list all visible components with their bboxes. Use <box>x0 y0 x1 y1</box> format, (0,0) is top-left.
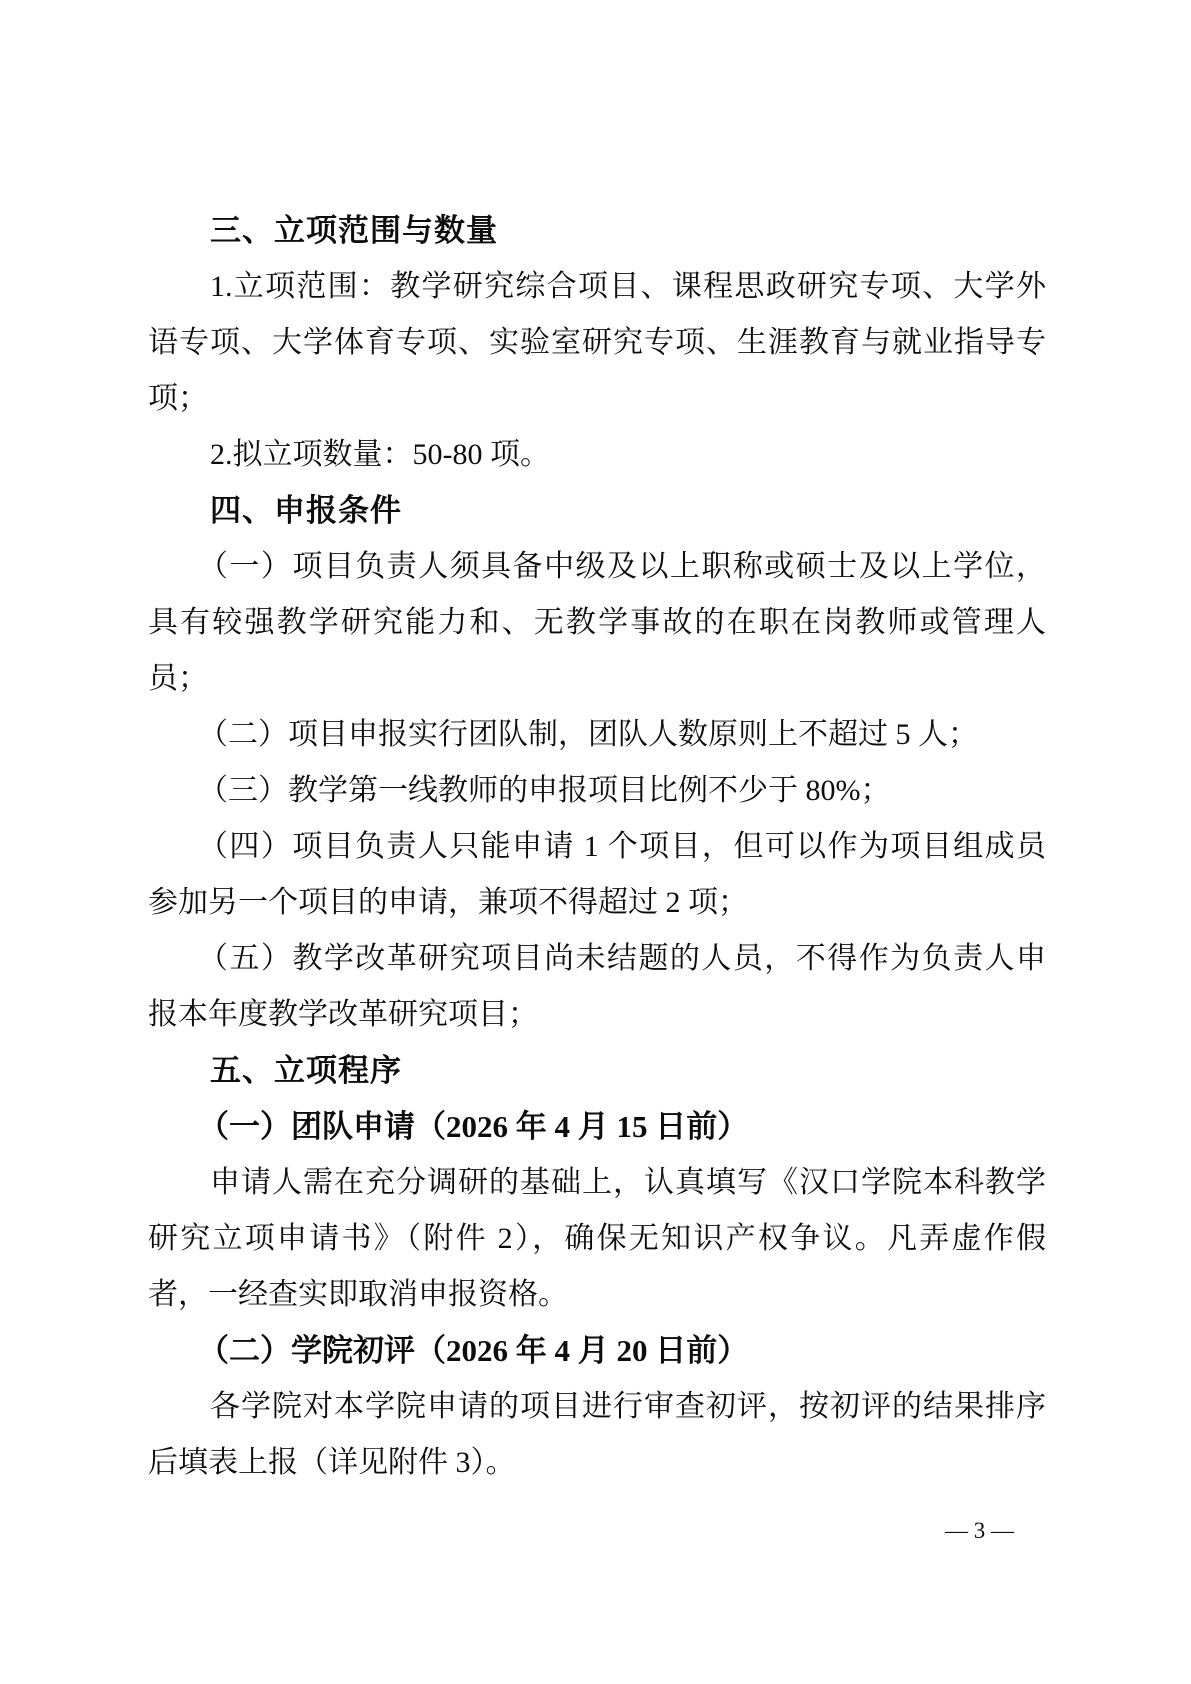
paragraph-condition-5-line: 报本年度教学改革研究项目； <box>148 987 1046 1043</box>
subheading-team-application: （一）团队申请（2026 年 4 月 15 日前） <box>148 1099 1046 1155</box>
document-body: 三、立项范围与数量 1.立项范围：教学研究综合项目、课程思政研究专项、大学外 语… <box>148 203 1046 1491</box>
paragraph-condition-1-line: 具有较强教学研究能力和、无教学事故的在职在岗教师或管理人 <box>148 595 1046 651</box>
section-heading-application-conditions: 四、申报条件 <box>148 483 1046 539</box>
paragraph-college-review-line: 各学院对本学院申请的项目进行审查初评，按初评的结果排序 <box>148 1379 1046 1435</box>
paragraph-team-application-line: 申请人需在充分调研的基础上，认真填写《汉口学院本科教学 <box>148 1155 1046 1211</box>
paragraph-condition-3-line: （三）教学第一线教师的申报项目比例不少于 80%； <box>148 763 1046 819</box>
section-heading-procedure: 五、立项程序 <box>148 1043 1046 1099</box>
paragraph-team-application-line: 者，一经查实即取消申报资格。 <box>148 1267 1046 1323</box>
page-number: — 3 — <box>148 1514 1014 1548</box>
paragraph-college-review-line: 后填表上报（详见附件 3）。 <box>148 1435 1046 1491</box>
paragraph-condition-4-line: 参加另一个项目的申请，兼项不得超过 2 项； <box>148 875 1046 931</box>
paragraph-condition-1-line: （一）项目负责人须具备中级及以上职称或硕士及以上学位， <box>148 539 1046 595</box>
section-heading-scope-quantity: 三、立项范围与数量 <box>148 203 1046 259</box>
document-page: 三、立项范围与数量 1.立项范围：教学研究综合项目、课程思政研究专项、大学外 语… <box>0 0 1191 1684</box>
paragraph-condition-4-line: （四）项目负责人只能申请 1 个项目，但可以作为项目组成员 <box>148 819 1046 875</box>
paragraph-scope-line: 语专项、大学体育专项、实验室研究专项、生涯教育与就业指导专 <box>148 315 1046 371</box>
paragraph-team-application-line: 研究立项申请书》（附件 2），确保无知识产权争议。凡弄虚作假 <box>148 1211 1046 1267</box>
paragraph-condition-5-line: （五）教学改革研究项目尚未结题的人员，不得作为负责人申 <box>148 931 1046 987</box>
paragraph-condition-2-line: （二）项目申报实行团队制，团队人数原则上不超过 5 人； <box>148 707 1046 763</box>
paragraph-scope-line: 项； <box>148 371 1046 427</box>
subheading-college-preliminary-review: （二）学院初评（2026 年 4 月 20 日前） <box>148 1323 1046 1379</box>
paragraph-scope-line: 1.立项范围：教学研究综合项目、课程思政研究专项、大学外 <box>148 259 1046 315</box>
paragraph-quantity-line: 2.拟立项数量：50-80 项。 <box>148 427 1046 483</box>
paragraph-condition-1-line: 员； <box>148 651 1046 707</box>
